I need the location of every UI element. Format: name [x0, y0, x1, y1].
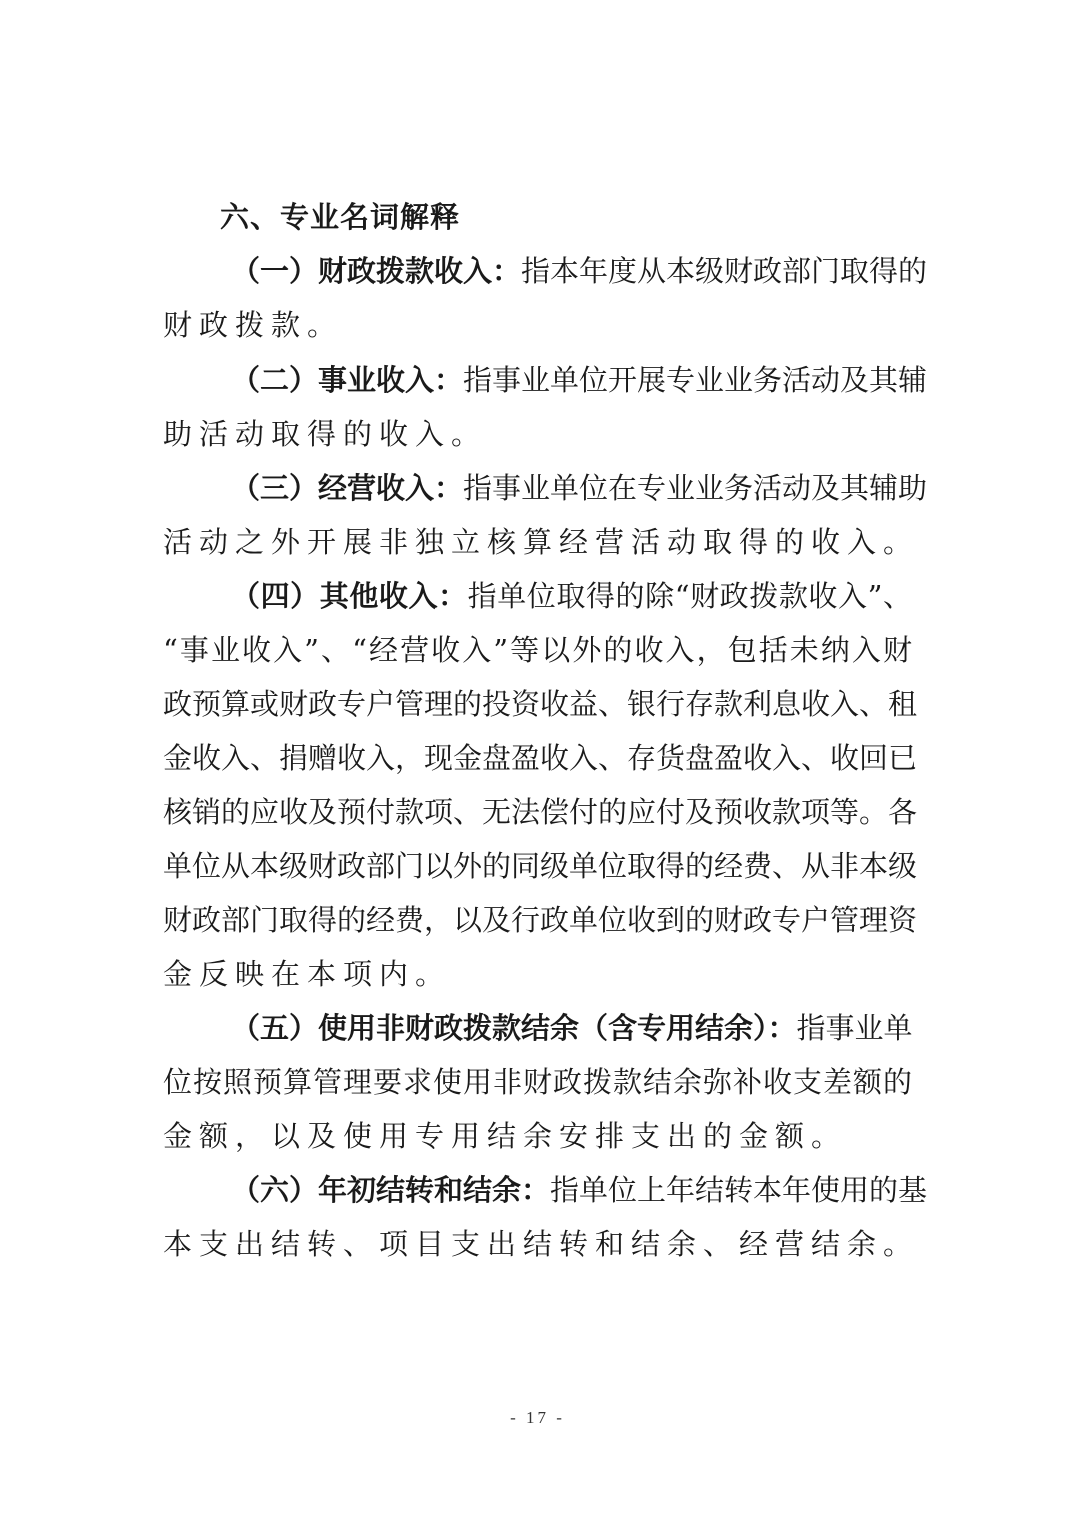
definition-line: 金收入、捐赠收入，现金盘盈收入、存货盘盈收入、收回已 — [163, 738, 912, 778]
definition-text: 指本年度从本级财政部门取得的 — [521, 254, 927, 288]
section-heading: 六、专业名词解释 — [220, 197, 460, 237]
definition-text: 指事业单位开展专业业务活动及其辅 — [463, 363, 927, 397]
definition-line: 活动之外开展非独立核算经营活动取得的收入。 — [163, 522, 912, 562]
page-number: - 17 - — [0, 1408, 1075, 1428]
term-label: （六）年初结转和结余： — [231, 1173, 550, 1207]
term-label: （三）经营收入： — [231, 471, 463, 505]
definition-text: 指单位上年结转本年使用的基 — [550, 1173, 927, 1207]
definition-line: 核销的应收及预付款项、无法偿付的应付及预收款项等。各 — [163, 792, 912, 832]
definition-line: 财政拨款。 — [163, 305, 912, 345]
term-label: （五）使用非财政拨款结余（含专用结余）： — [231, 1011, 797, 1045]
definition-line: 财政部门取得的经费，以及行政单位收到的财政专户管理资 — [163, 900, 912, 940]
definition-text: 指事业单 — [797, 1011, 913, 1045]
definition-line: “事业收入”、“经营收入”等以外的收入，包括未纳入财 — [163, 630, 912, 670]
definition-line: （四）其他收入：指单位取得的除“财政拨款收入”、 — [231, 576, 912, 616]
term-label: （二）事业收入： — [231, 363, 463, 397]
definition-line: 本支出结转、项目支出结转和结余、经营结余。 — [163, 1224, 912, 1264]
definition-line: 助活动取得的收入。 — [163, 414, 912, 454]
definition-line: （五）使用非财政拨款结余（含专用结余）：指事业单 — [231, 1008, 912, 1048]
definition-line: 金额，以及使用专用结余安排支出的金额。 — [163, 1116, 912, 1156]
definition-line: 单位从本级财政部门以外的同级单位取得的经费、从非本级 — [163, 846, 912, 886]
definition-text: 指单位取得的除“财政拨款收入”、 — [468, 579, 912, 613]
definition-line: 金反映在本项内。 — [163, 954, 912, 994]
definition-line: （六）年初结转和结余：指单位上年结转本年使用的基 — [231, 1170, 912, 1210]
term-label: （四）其他收入： — [231, 579, 468, 613]
definition-line: （三）经营收入：指事业单位在专业业务活动及其辅助 — [231, 468, 912, 508]
definition-text: 指事业单位在专业业务活动及其辅助 — [463, 471, 927, 505]
definition-line: （二）事业收入：指事业单位开展专业业务活动及其辅 — [231, 360, 912, 400]
definition-line: 政预算或财政专户管理的投资收益、银行存款利息收入、租 — [163, 684, 912, 724]
document-page: 六、专业名词解释 （一）财政拨款收入：指本年度从本级财政部门取得的 财政拨款。 … — [0, 0, 1075, 1520]
term-label: （一）财政拨款收入： — [231, 254, 521, 288]
definition-line: （一）财政拨款收入：指本年度从本级财政部门取得的 — [231, 251, 912, 291]
definition-line: 位按照预算管理要求使用非财政拨款结余弥补收支差额的 — [163, 1062, 912, 1102]
